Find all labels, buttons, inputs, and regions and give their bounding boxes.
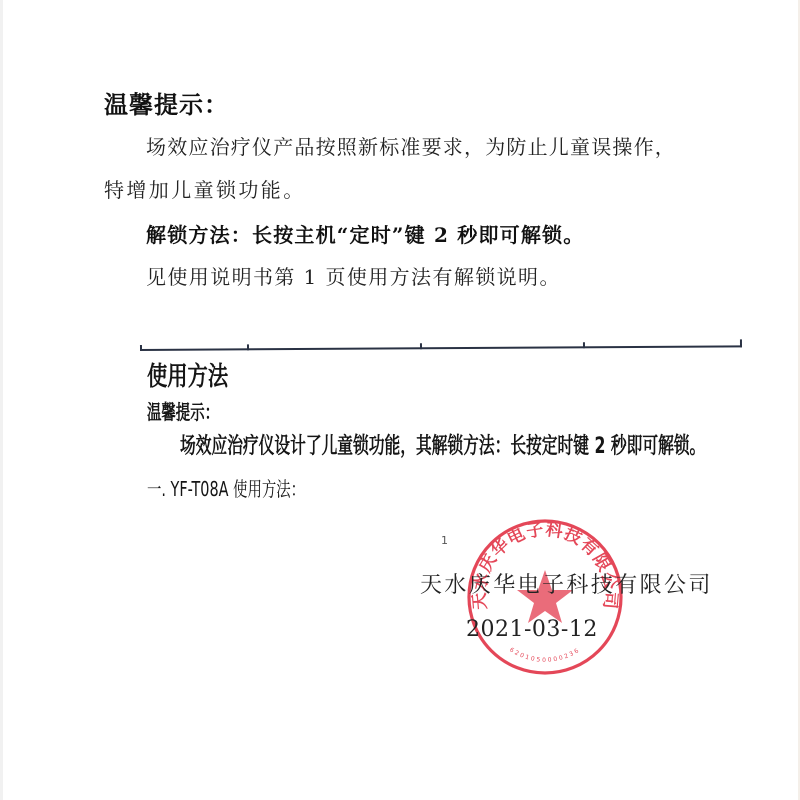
signature-date: 2021-03-12 — [466, 617, 598, 642]
unlock-method: 解锁方法：长按主机“定时”键 2 秒即可解锁。 — [146, 219, 584, 248]
model-usage-heading: 一. YF-T08A 使用方法： — [147, 473, 305, 502]
notice-line-1: 场效应治疗仪产品按照新标准要求，为防止儿童误操作， — [146, 131, 676, 160]
page-mark: 1 — [441, 534, 448, 547]
usage-notice-heading: 温馨提示： — [147, 396, 219, 425]
usage-notice-body: 场效应治疗仪设计了儿童锁功能，其解锁方法：长按定时键 2 秒即可解锁。 — [180, 429, 705, 460]
page-edge-left — [0, 0, 3, 800]
notice-heading: 温馨提示： — [104, 85, 229, 120]
ruler-tick — [583, 342, 585, 348]
ruler-divider — [140, 342, 742, 351]
ruler-tick — [420, 343, 422, 349]
seal-serial: 6201050000236 — [508, 646, 582, 663]
company-name: 天水庆华电子科技有限公司 — [420, 568, 713, 599]
usage-title: 使用方法 — [147, 356, 228, 393]
ruler-tick — [740, 339, 742, 347]
manual-reference: 见使用说明书第 1 页使用方法有解锁说明。 — [146, 261, 561, 290]
ruler-tick — [247, 344, 249, 350]
ruler-line — [140, 345, 742, 351]
ruler-tick — [140, 345, 142, 351]
notice-line-2: 特增加儿童锁功能。 — [104, 174, 306, 203]
